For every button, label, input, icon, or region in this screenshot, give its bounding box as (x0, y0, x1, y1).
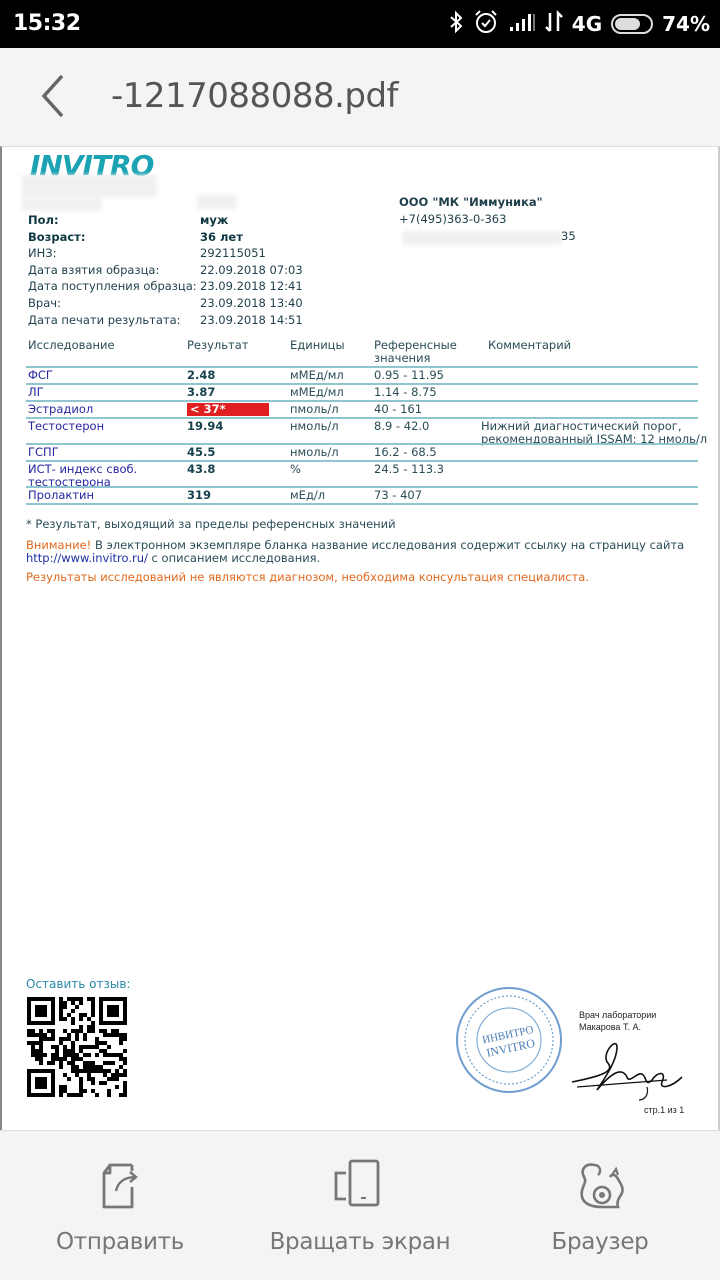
document-title: -1217088088.pdf (111, 76, 398, 116)
units-value: нмоль/л (290, 420, 339, 433)
battery-icon (611, 14, 653, 34)
info-value: 23.09.2018 13:40 (200, 296, 303, 310)
info-value: муж (200, 213, 228, 227)
header-test: Исследование (28, 339, 115, 352)
doctor-signature-block: Врач лаборатории Макарова Т. А. (579, 1009, 656, 1033)
attention-note: Внимание! В электронном экземпляре бланк… (26, 539, 706, 565)
row-divider (26, 443, 698, 445)
result-value: 45.5 (187, 446, 215, 459)
reference-range: 0.95 - 11.95 (374, 369, 444, 382)
result-out-of-range: < 37* (187, 403, 269, 416)
units-value: мЕд/л (290, 489, 325, 502)
header-units: Единицы (290, 339, 345, 352)
doctor-title: Врач лаборатории (579, 1009, 656, 1021)
header-reference: Референсные значения (374, 339, 457, 365)
reference-range: 24.5 - 113.3 (374, 463, 444, 476)
network-type: 4G (572, 12, 602, 36)
test-name-link[interactable]: ЛГ (28, 386, 44, 399)
result-value: 2.48 (187, 369, 215, 382)
header-result: Результат (187, 339, 249, 352)
row-divider (26, 486, 698, 488)
status-bar: 15:32 4G 74% (0, 0, 720, 48)
browser-squirrel-icon (572, 1155, 628, 1211)
info-label: Дата взятия образца: (28, 263, 159, 277)
test-name-link[interactable]: ГСПГ (28, 446, 59, 459)
row-divider (26, 400, 698, 402)
qr-code[interactable] (26, 997, 128, 1097)
info-label: Врач: (28, 296, 61, 310)
result-value: 3.87 (187, 386, 215, 399)
info-label: Дата печати результата: (28, 313, 181, 327)
attention-label: Внимание! (26, 538, 91, 552)
test-name-link[interactable]: Пролактин (28, 489, 94, 502)
lab-phone: +7(495)363-0-363 (399, 212, 506, 226)
info-value: 36 лет (200, 230, 243, 244)
alarm-icon (473, 9, 499, 40)
rotate-screen-icon (332, 1155, 388, 1211)
test-name-link[interactable]: Эстрадиол (28, 403, 93, 416)
data-transfer-icon (545, 10, 563, 39)
result-value: 319 (187, 489, 211, 502)
pdf-viewer-screen: 15:32 4G 74% -1217088088.pdf INVIT (0, 0, 720, 1280)
test-name-link[interactable]: ФСГ (28, 369, 53, 382)
back-button[interactable] (34, 72, 74, 120)
reference-range: 40 - 161 (374, 403, 422, 416)
browser-button[interactable]: Браузер (480, 1131, 720, 1280)
result-value: 43.8 (187, 463, 215, 476)
info-label: Дата поступления образца: (28, 279, 197, 293)
info-label: Возраст: (28, 230, 85, 244)
status-time: 15:32 (13, 11, 81, 36)
row-divider (26, 503, 698, 505)
lab-stamp: ИНВИТРО INVITRO (454, 985, 564, 1095)
info-label: ИНЗ: (28, 246, 57, 260)
pdf-page[interactable]: INVITRO Пол:мужВозраст:36 летИНЗ:2921150… (0, 146, 720, 1130)
rotate-screen-button[interactable]: Вращать экран (240, 1131, 480, 1280)
invitro-link[interactable]: http://www.invitro.ru/ (26, 551, 148, 565)
redacted-area (22, 197, 102, 211)
row-divider (26, 383, 698, 385)
lab-name: ООО "МК "Иммуника" (399, 195, 543, 209)
header-comment: Комментарий (488, 339, 571, 352)
info-value: 23.09.2018 12:41 (200, 279, 303, 293)
reference-range: 8.9 - 42.0 (374, 420, 429, 433)
disclaimer: Результаты исследований не являются диаг… (26, 571, 589, 584)
result-value: 19.94 (187, 420, 223, 433)
share-button[interactable]: Отправить (0, 1131, 240, 1280)
feedback-label: Оставить отзыв: (26, 977, 130, 991)
info-value: 292115051 (200, 246, 266, 260)
signature (567, 1032, 692, 1102)
redacted-area (402, 231, 562, 245)
share-file-icon (92, 1155, 148, 1211)
info-value: 22.09.2018 07:03 (200, 263, 303, 277)
units-value: мМЕд/мл (290, 386, 344, 399)
redacted-area (197, 195, 237, 209)
info-value: 23.09.2018 14:51 (200, 313, 303, 327)
lab-extra: 35 (561, 229, 576, 243)
units-value: % (290, 463, 301, 476)
reference-range: 16.2 - 68.5 (374, 446, 437, 459)
title-bar: -1217088088.pdf (0, 48, 720, 146)
battery-percent: 74% (662, 12, 710, 36)
reference-range: 73 - 407 (374, 489, 422, 502)
chevron-left-icon (34, 72, 74, 120)
signal-icon (508, 11, 536, 38)
units-value: пмоль/л (290, 403, 339, 416)
bluetooth-icon (448, 10, 464, 39)
footnote: * Результат, выходящий за пределы рефере… (26, 518, 396, 531)
row-divider (26, 366, 698, 368)
redacted-area (22, 175, 157, 197)
units-value: мМЕд/мл (290, 369, 344, 382)
info-label: Пол: (28, 213, 59, 227)
units-value: нмоль/л (290, 446, 339, 459)
test-name-link[interactable]: Тестостерон (28, 420, 104, 433)
reference-range: 1.14 - 8.75 (374, 386, 437, 399)
bottom-action-bar: Отправить Вращать экран Браузер (0, 1130, 720, 1280)
page-number: стр.1 из 1 (644, 1105, 684, 1115)
